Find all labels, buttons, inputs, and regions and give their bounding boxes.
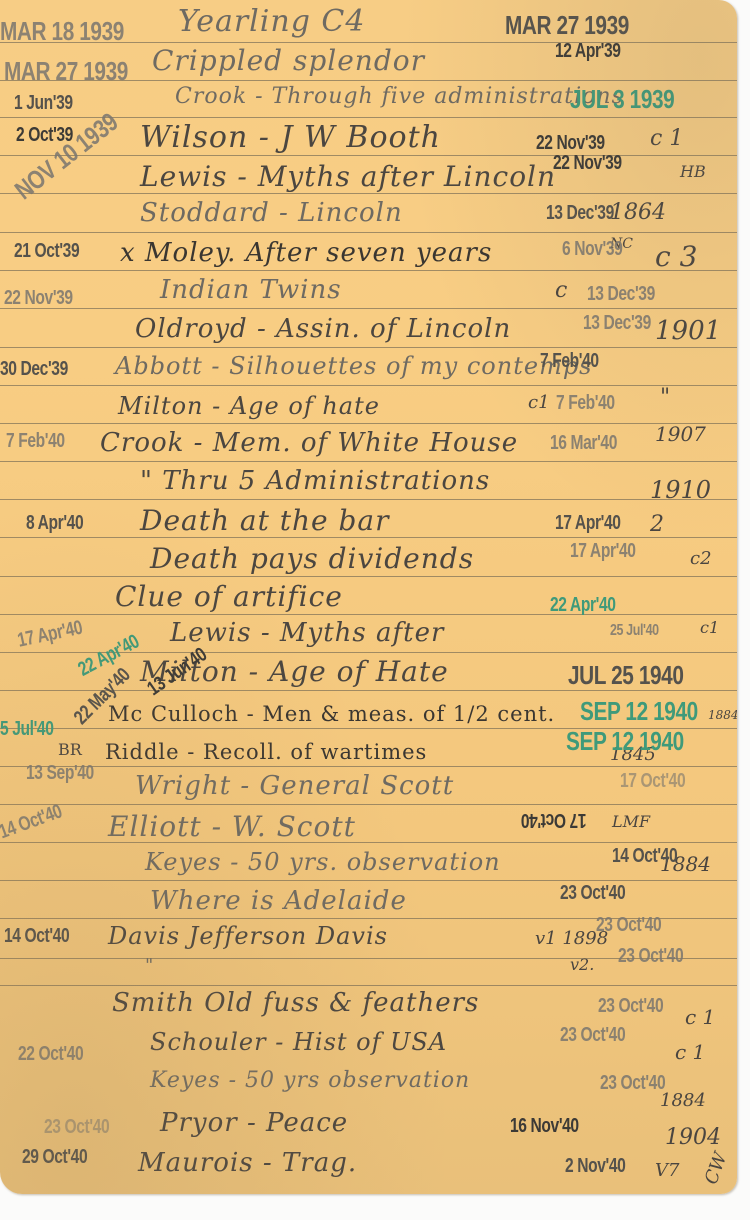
date-stamp: 25 Jul'40: [610, 622, 659, 640]
date-stamp: 8 Apr'40: [26, 512, 83, 535]
date-stamp: 13 Dec'39: [546, 202, 614, 225]
date-stamp: 29 Oct'40: [22, 1146, 87, 1169]
date-stamp: NOV 10 1939: [9, 107, 124, 206]
margin-note: v2.: [570, 955, 594, 974]
date-stamp: 7 Feb'40: [556, 392, 615, 415]
margin-note: V7: [655, 1160, 679, 1181]
rule-line: [0, 880, 737, 881]
date-stamp: 22 Oct'40: [18, 1043, 83, 1066]
entry-line: Elliott - W. Scott: [108, 810, 356, 843]
date-stamp: 16 Nov'40: [510, 1115, 579, 1138]
rule-line: [0, 270, 737, 271]
entry-line: Wright - General Scott: [135, 771, 454, 801]
circulation-card: Yearling C4 Crippled splendor Crook - Th…: [0, 0, 737, 1194]
entry-line: Crook - Mem. of White House: [100, 428, 518, 458]
date-stamp: 17 Oct'40: [620, 770, 685, 793]
entry-line: Pryor - Peace: [160, 1108, 348, 1138]
entry-line: Indian Twins: [160, 275, 342, 305]
date-stamp: 23 Oct'40: [600, 1072, 665, 1095]
entry-line: Smith Old fuss & feathers: [112, 988, 479, 1018]
entry-line: Keyes - 50 yrs observation: [150, 1068, 470, 1093]
margin-note: BR: [58, 740, 82, 759]
date-stamp: 6 Nov'39: [562, 238, 622, 261]
margin-note: 1904: [665, 1125, 721, 1150]
margin-note: LMF: [612, 812, 650, 831]
date-stamp: 12 Apr'39: [555, 40, 621, 63]
margin-note: CW: [701, 1150, 732, 1188]
margin-note: 2: [650, 512, 664, 537]
date-stamp: 23 Oct'40: [560, 882, 625, 905]
entry-line: Oldroyd - Assin. of Lincoln: [135, 314, 511, 344]
entry-line: Milton - Age of hate: [118, 392, 380, 420]
date-stamp: 23 Oct'40: [598, 995, 663, 1018]
entry-line: Riddle - Recoll. of wartimes: [105, 740, 427, 764]
rule-line: [0, 308, 737, 309]
margin-note: 1884: [660, 1090, 706, 1111]
margin-note: 1864: [610, 200, 666, 225]
rule-line: [0, 232, 737, 233]
margin-note: c1: [700, 618, 719, 637]
entry-line: Keyes - 50 yrs. observation: [145, 848, 501, 876]
rule-line: [0, 347, 737, 348]
date-stamp: JUL 3 1939: [570, 84, 674, 115]
margin-note: c1: [528, 392, 550, 413]
rule-line: [0, 614, 737, 615]
date-stamp: 22 Nov'39: [4, 287, 73, 310]
date-stamp: 23 Oct'40: [560, 1024, 625, 1047]
rule-line: [0, 766, 737, 767]
entry-line: Davis Jefferson Davis: [108, 922, 388, 950]
entry-line: Schouler - Hist of USA: [150, 1028, 447, 1056]
margin-note: c 3: [655, 240, 697, 273]
margin-note: ": [660, 385, 670, 410]
entry-line: Clue of artifice: [115, 580, 343, 613]
date-stamp: 7 Feb'40: [540, 350, 599, 373]
rule-line: [0, 576, 737, 577]
date-stamp: SEP 12 1940: [566, 726, 684, 757]
date-stamp: 1 Jun'39: [14, 92, 73, 115]
card-header-title: Yearling C4: [178, 4, 365, 39]
margin-note: c 1: [650, 126, 683, 151]
entry-line: Death pays dividends: [150, 542, 474, 575]
date-stamp: 2 Nov'40: [565, 1155, 625, 1178]
entry-line: x Moley. After seven years: [120, 238, 492, 268]
rule-line: [0, 499, 737, 500]
date-stamp: 23 Oct'40: [618, 945, 683, 968]
entry-line: Mc Culloch - Men & meas. of 1/2 cent.: [108, 702, 555, 726]
entry-line: Crook - Through five administrations: [175, 84, 624, 109]
rule-line: [0, 804, 737, 805]
date-stamp: 14 Oct'40: [612, 845, 677, 868]
date-stamp: 21 Oct'39: [14, 240, 79, 263]
rule-line: [0, 385, 737, 386]
margin-note: HB: [680, 162, 706, 181]
entry-line: Wilson - J W Booth: [140, 120, 441, 155]
rule-line: [0, 423, 737, 424]
date-stamp: 30 Dec'39: [0, 358, 68, 381]
date-stamp: 5 Jul'40: [0, 718, 53, 741]
date-stamp: 23 Oct'40: [596, 914, 661, 937]
date-stamp: 13 Sep'40: [26, 762, 94, 785]
date-stamp: 16 Mar'40: [550, 432, 617, 455]
date-stamp: 17 Apr'40: [570, 540, 636, 563]
rule-line: [0, 155, 737, 156]
date-stamp: 13 Dec'39: [583, 312, 651, 335]
date-stamp: 23 Oct'40: [44, 1116, 109, 1139]
date-stamp: 22 Nov'39: [553, 152, 622, 175]
date-stamp: 17 Apr'40: [555, 512, 621, 535]
entry-line: Lewis - Myths after: [170, 618, 444, 648]
entry-line: Crippled splendor: [152, 44, 425, 77]
entry-line: Where is Adelaide: [150, 886, 407, 916]
entry-line: " Thru 5 Administrations: [140, 466, 490, 496]
date-stamp: 7 Feb'40: [6, 430, 65, 453]
date-stamp: MAR 27 1939: [505, 10, 629, 41]
date-stamp: 13 Dec'39: [587, 283, 655, 306]
date-stamp: 17 Apr'40: [16, 617, 85, 653]
margin-note: 1907: [655, 422, 706, 446]
date-stamp: MAR 27 1939: [4, 56, 128, 87]
entry-line: Abbott - Silhouettes of my contemps: [115, 352, 593, 380]
entry-line: Death at the bar: [140, 504, 390, 537]
rule-line: [0, 985, 737, 986]
margin-note: c 1: [675, 1040, 705, 1064]
rule-line: [0, 537, 737, 538]
margin-note: 1884: [708, 708, 737, 722]
margin-note: 1910: [650, 476, 711, 504]
date-stamp: SEP 12 1940: [580, 696, 698, 727]
margin-note: 1901: [655, 316, 721, 346]
entry-line: Maurois - Trag.: [138, 1148, 357, 1178]
rule-line: [0, 461, 737, 462]
date-stamp: 14 Oct'40: [4, 925, 69, 948]
entry-line: Stoddard - Lincoln: [140, 198, 403, 228]
date-stamp: JUL 25 1940: [568, 660, 683, 691]
margin-note: c 1: [685, 1005, 715, 1029]
entry-line: ": [145, 955, 154, 976]
rule-line: [0, 193, 737, 194]
margin-note: c2: [690, 548, 712, 569]
date-stamp: 14 Oct'40: [0, 800, 65, 844]
date-stamp: 17 Oct'40: [521, 808, 586, 831]
margin-note: c: [555, 278, 567, 303]
entry-line: Lewis - Myths after Lincoln: [140, 160, 556, 193]
date-stamp: MAR 18 1939: [0, 16, 124, 47]
date-stamp: 22 Apr'40: [550, 594, 616, 617]
date-stamp: 2 Oct'39: [16, 124, 73, 147]
